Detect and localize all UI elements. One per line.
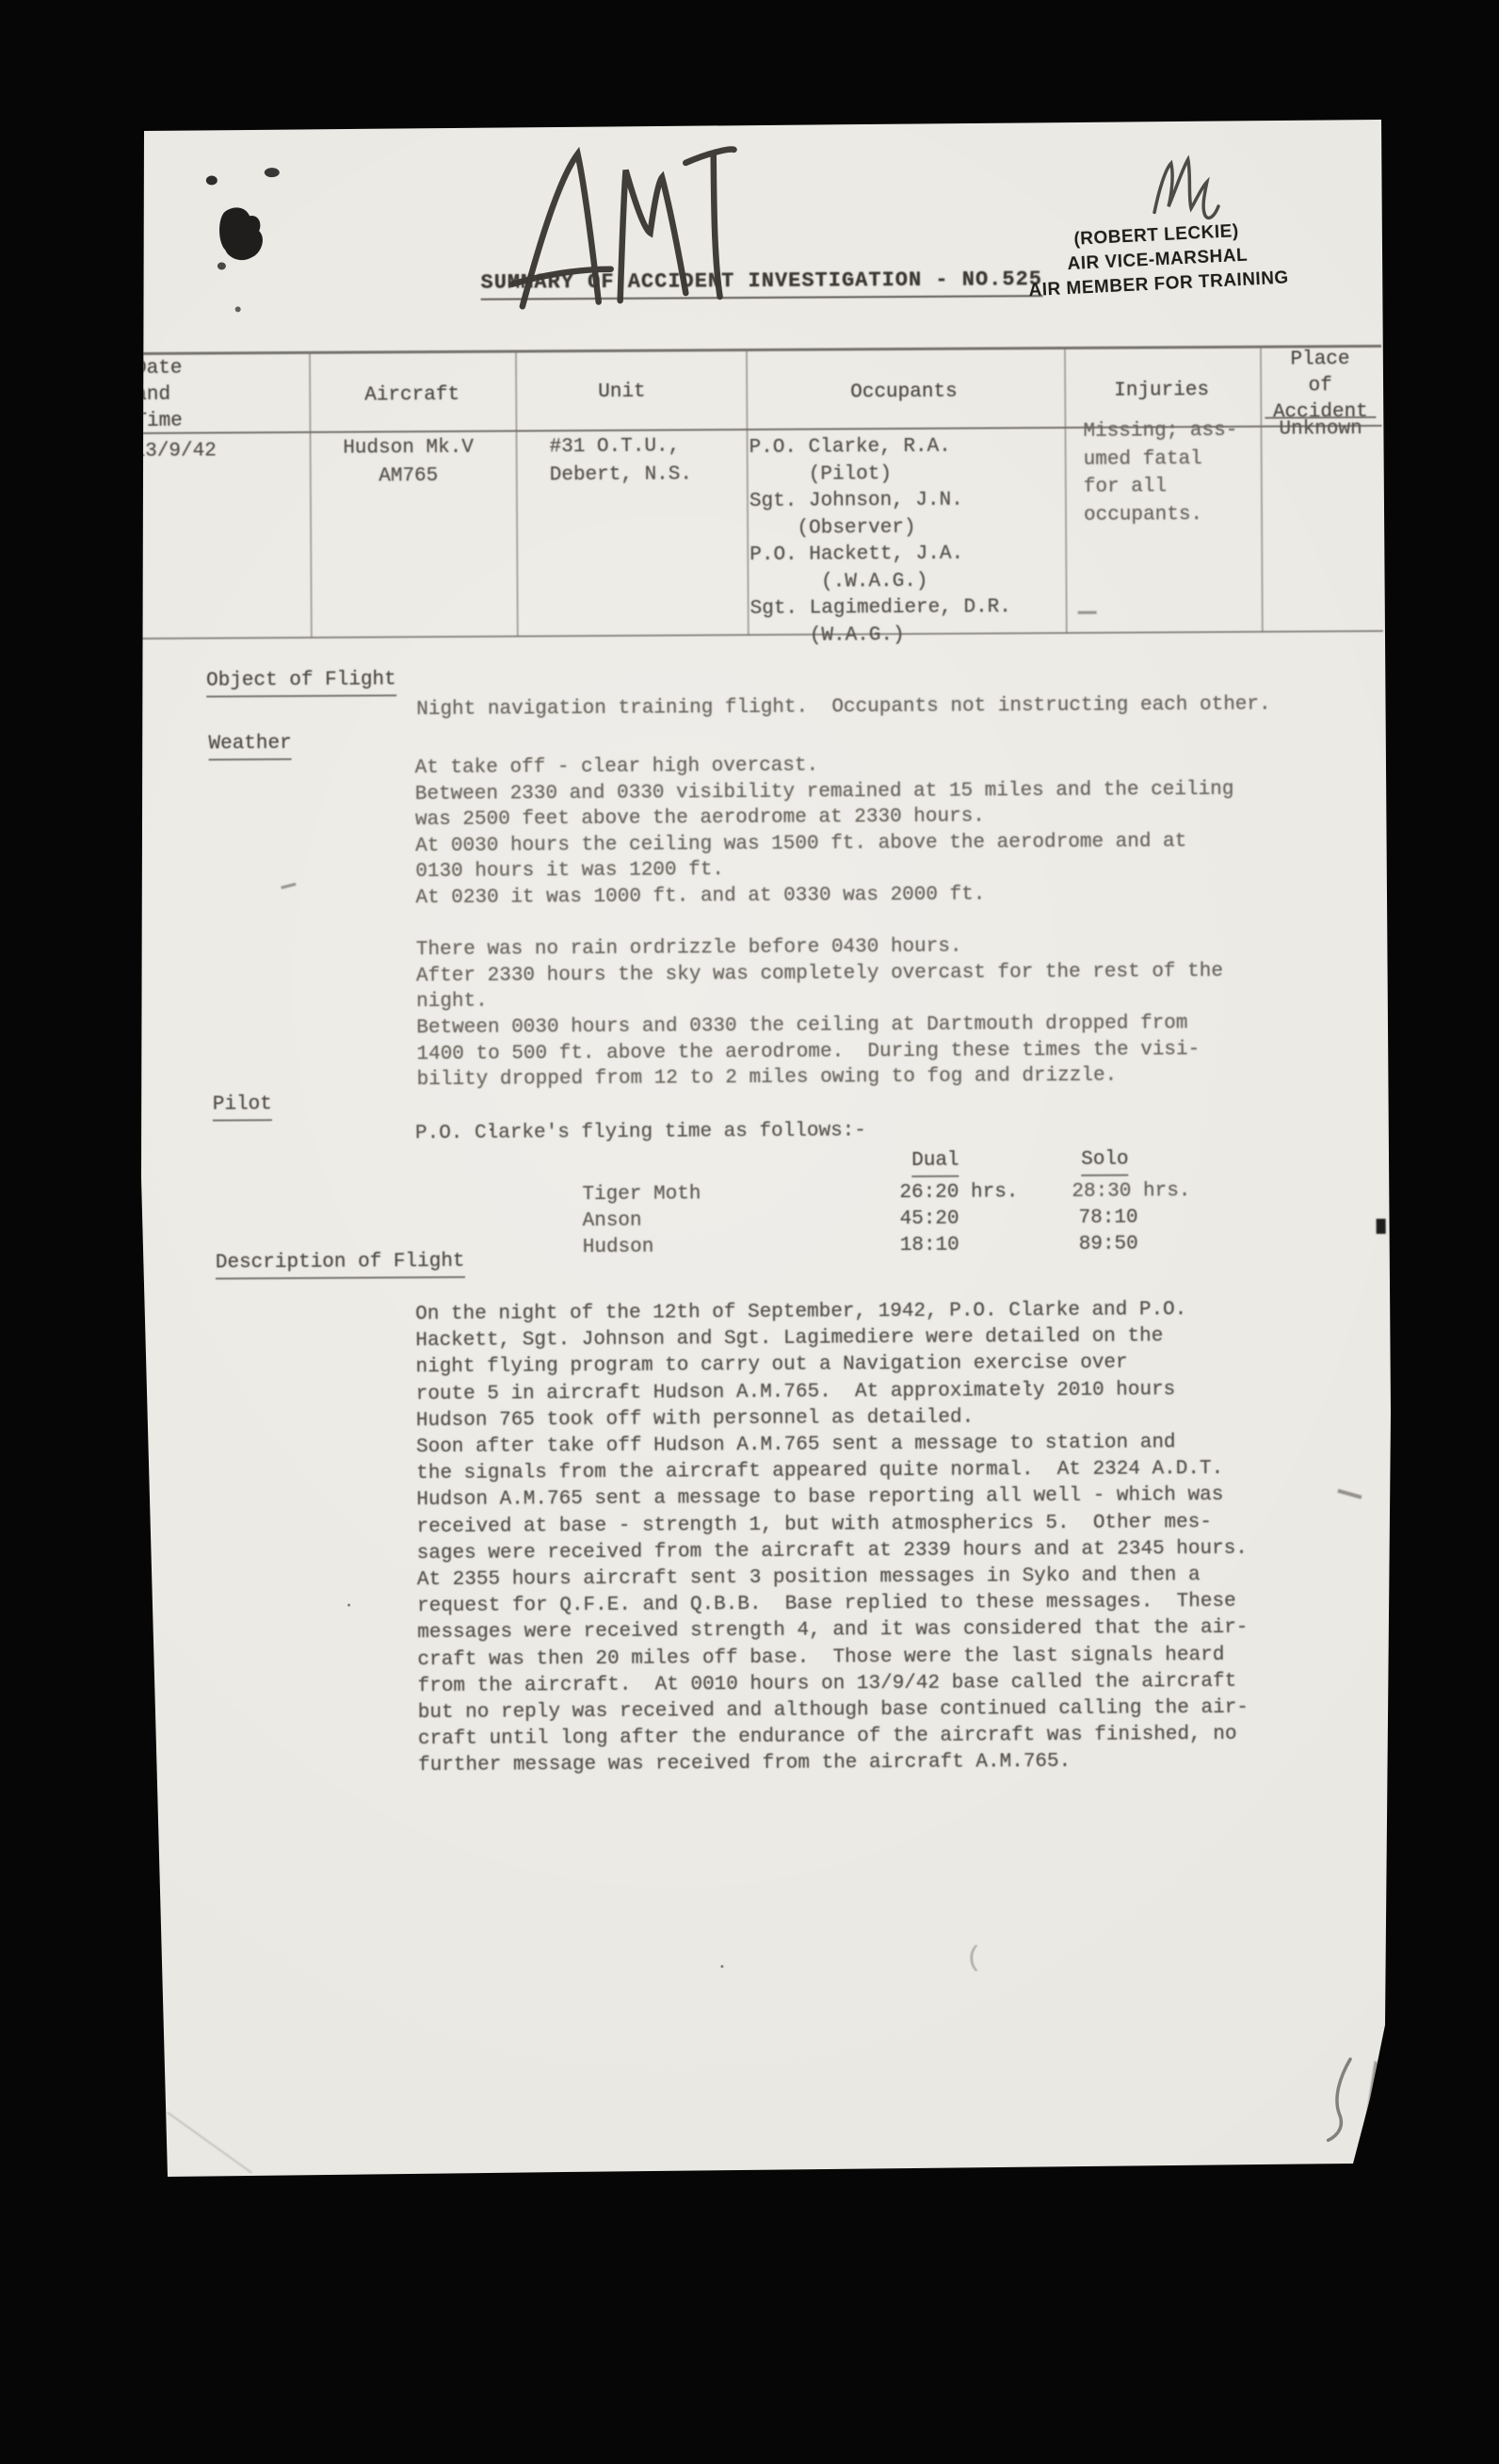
scan-speck <box>1028 1384 1031 1386</box>
table-cell-aircraft: Hudson Mk.V AM765 <box>322 434 493 492</box>
flying-time-row-dual: 18:10 <box>900 1233 959 1259</box>
flying-time-row-dual: 45:20 <box>900 1207 959 1233</box>
flying-time-col-dual: Dual <box>911 1148 959 1177</box>
ink-blob-artifact <box>197 159 301 330</box>
table-column-divider <box>309 353 313 638</box>
section-heading-object-of-flight: Object of Flight <box>206 667 396 697</box>
flying-time-row-label: Hudson <box>583 1235 654 1261</box>
flying-time-row-solo: 78:10 <box>1079 1206 1138 1232</box>
flying-time-row-solo: 89:50 <box>1079 1232 1138 1258</box>
section-heading-pilot: Pilot <box>213 1092 272 1121</box>
table-column-divider <box>515 352 519 637</box>
document-title: SUMMARY OF ACCIDENT INVESTIGATION - NO.5… <box>480 267 1042 300</box>
pencil-hook-mark <box>1320 2055 1359 2145</box>
section-heading-weather: Weather <box>208 731 291 761</box>
pen-dash-mark <box>1078 611 1097 614</box>
page-content: SUMMARY OF ACCIDENT INVESTIGATION - NO.5… <box>0 0 1499 2464</box>
object-of-flight-text: Night navigation training flight. Occupa… <box>416 692 1271 724</box>
scanned-document-canvas: SUMMARY OF ACCIDENT INVESTIGATION - NO.5… <box>0 0 1499 2464</box>
pencil-paren-mark: ( <box>965 1943 982 1975</box>
table-border-top <box>127 345 1381 355</box>
corner-crease <box>167 2112 252 2174</box>
table-header-occupants: Occupants <box>850 380 958 407</box>
table-header-place: Place of Accident <box>1265 347 1377 427</box>
pencil-dash-mark <box>1337 1489 1362 1499</box>
scan-speck <box>720 1965 723 1968</box>
table-header-unit: Unit <box>598 380 646 406</box>
flying-time-row-solo: 28:30 hrs. <box>1072 1178 1190 1206</box>
weather-text: At take off - clear high overcast. Betwe… <box>415 751 1236 1094</box>
description-of-flight-text: On the night of the 12th of September, 1… <box>415 1297 1249 1780</box>
table-column-divider <box>1260 348 1264 632</box>
flying-time-row-dual: 26:20 hrs. <box>899 1179 1018 1207</box>
table-column-divider <box>1064 349 1068 633</box>
page-curl-crease <box>1361 2061 1378 2152</box>
approval-stamp: (ROBERT LECKIE) AIR VICE-MARSHAL AIR MEM… <box>1015 217 1301 304</box>
flying-time-row-label: Anson <box>583 1208 642 1235</box>
scan-speck <box>490 1128 492 1131</box>
flying-time-col-solo: Solo <box>1081 1147 1129 1176</box>
document-page: SUMMARY OF ACCIDENT INVESTIGATION - NO.5… <box>0 0 1499 2464</box>
pencil-tick-mark <box>281 883 296 889</box>
table-cell-unit: #31 O.T.U., Debert, N.S. <box>549 432 692 490</box>
table-header-injuries: Injuries <box>1114 378 1209 405</box>
flying-time-row-label: Tiger Moth <box>582 1181 701 1208</box>
scan-speck <box>347 1604 350 1607</box>
section-heading-description-of-flight: Description of Flight <box>216 1249 465 1280</box>
table-header-aircraft: Aircraft <box>364 382 459 410</box>
table-cell-injuries: Missing; ass- umed fatal for all occupan… <box>1083 417 1238 529</box>
signature <box>1145 150 1221 230</box>
table-header-date: Date and Time <box>135 356 183 435</box>
table-cell-occupants: P.O. Clarke, R.A. (Pilot) Sgt. Johnson, … <box>749 433 1012 650</box>
table-cell-date: 13/9/42 <box>134 438 217 465</box>
edge-notch <box>1377 1219 1386 1234</box>
pilot-intro: P.O. Clarke's flying time as follows:- <box>415 1118 866 1147</box>
table-cell-place: Unknown <box>1279 416 1362 444</box>
